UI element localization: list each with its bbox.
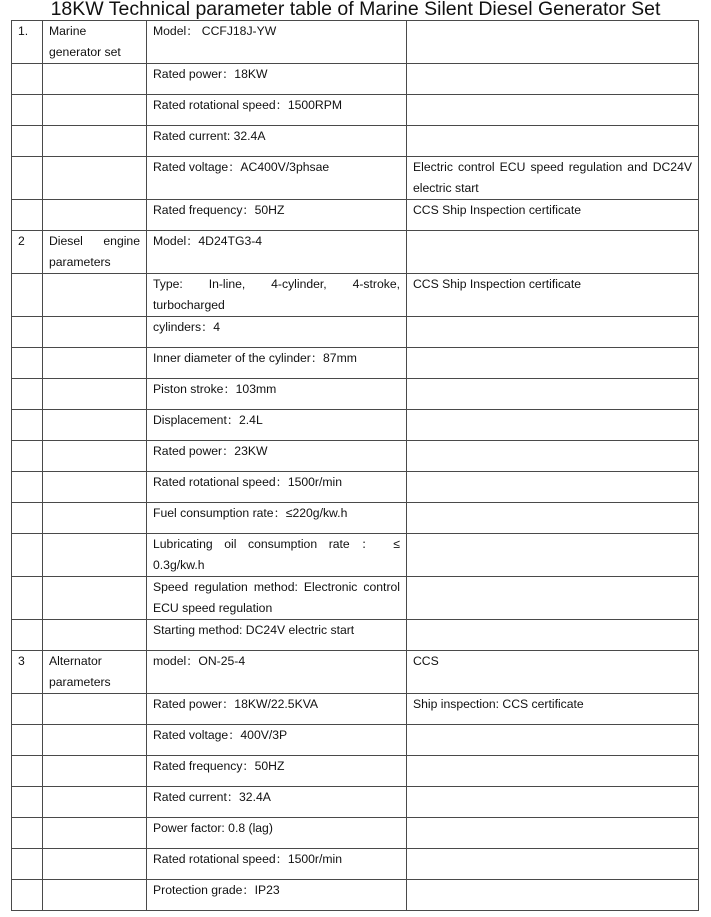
parameter-cell: Piston stroke：103mm <box>147 379 407 410</box>
table-row: Starting method: DC24V electric start <box>12 620 699 651</box>
remark-cell <box>407 787 699 818</box>
remark-cell <box>407 231 699 274</box>
table-row: Lubricating oil consumption rate ： ≤ 0.3… <box>12 534 699 577</box>
remark-cell <box>407 95 699 126</box>
table-row: Type: In-line, 4-cylinder, 4-stroke, tur… <box>12 274 699 317</box>
parameter-cell: Model：4D24TG3-4 <box>147 231 407 274</box>
parameter-cell: Speed regulation method: Electronic cont… <box>147 577 407 620</box>
parameter-cell: Rated power：23KW <box>147 441 407 472</box>
row-number-cell <box>12 503 43 534</box>
remark-cell <box>407 849 699 880</box>
section-name-cell <box>43 472 147 503</box>
table-row: 3Alternator parametersmodel：ON-25-4CCS <box>12 651 699 694</box>
remark-cell <box>407 577 699 620</box>
table-row: Rated rotational speed：1500r/min <box>12 849 699 880</box>
parameter-cell: Lubricating oil consumption rate ： ≤ 0.3… <box>147 534 407 577</box>
row-number-cell <box>12 410 43 441</box>
parameter-cell: Rated rotational speed：1500r/min <box>147 472 407 503</box>
section-name-cell <box>43 95 147 126</box>
table-row: Piston stroke：103mm <box>12 379 699 410</box>
section-name-cell <box>43 756 147 787</box>
section-name-cell <box>43 126 147 157</box>
parameter-cell: Rated voltage：400V/3P <box>147 725 407 756</box>
remark-cell <box>407 472 699 503</box>
remark-cell: Ship inspection: CCS certificate <box>407 694 699 725</box>
table-row: Rated power：18KW <box>12 64 699 95</box>
row-number-cell <box>12 64 43 95</box>
row-number-cell <box>12 274 43 317</box>
row-number-cell <box>12 818 43 849</box>
parameter-cell: Power factor: 0.8 (lag) <box>147 818 407 849</box>
section-name-cell <box>43 849 147 880</box>
table-row: Rated power：23KW <box>12 441 699 472</box>
remark-cell: Electric control ECU speed regulation an… <box>407 157 699 200</box>
section-name-cell <box>43 725 147 756</box>
section-name-cell: Alternator parameters <box>43 651 147 694</box>
section-name-cell <box>43 410 147 441</box>
section-name-cell <box>43 200 147 231</box>
section-name-cell <box>43 577 147 620</box>
remark-cell <box>407 620 699 651</box>
section-name-cell <box>43 818 147 849</box>
row-number-cell <box>12 620 43 651</box>
parameter-cell: Rated power：18KW/22.5KVA <box>147 694 407 725</box>
table-row: Fuel consumption rate：≤220g/kw.h <box>12 503 699 534</box>
remark-cell <box>407 818 699 849</box>
parameter-cell: cylinders：4 <box>147 317 407 348</box>
section-name-cell <box>43 64 147 95</box>
section-name-cell: Diesel engine parameters <box>43 231 147 274</box>
remark-cell <box>407 880 699 911</box>
remark-cell <box>407 756 699 787</box>
table-row: Displacement：2.4L <box>12 410 699 441</box>
row-number-cell <box>12 849 43 880</box>
section-name-cell <box>43 503 147 534</box>
section-name-cell <box>43 379 147 410</box>
table-row: 2Diesel engine parametersModel：4D24TG3-4 <box>12 231 699 274</box>
table-row: 1.Marine generator setModel： CCFJ18J-YW <box>12 21 699 64</box>
table-row: Inner diameter of the cylinder：87mm <box>12 348 699 379</box>
remark-cell <box>407 64 699 95</box>
parameter-cell: Rated voltage：AC400V/3phsae <box>147 157 407 200</box>
remark-cell <box>407 317 699 348</box>
remark-cell: CCS Ship Inspection certificate <box>407 200 699 231</box>
remark-cell: CCS Ship Inspection certificate <box>407 274 699 317</box>
parameter-cell: Rated rotational speed：1500RPM <box>147 95 407 126</box>
parameter-cell: Fuel consumption rate：≤220g/kw.h <box>147 503 407 534</box>
section-name-cell <box>43 348 147 379</box>
remark-cell <box>407 126 699 157</box>
section-name-cell <box>43 317 147 348</box>
section-name-cell <box>43 274 147 317</box>
technical-parameter-table: 1.Marine generator setModel： CCFJ18J-YWR… <box>11 20 699 911</box>
parameter-cell: Rated current: 32.4A <box>147 126 407 157</box>
table-row: Rated frequency：50HZ <box>12 756 699 787</box>
section-name-cell <box>43 787 147 818</box>
row-number-cell <box>12 379 43 410</box>
parameter-cell: Displacement：2.4L <box>147 410 407 441</box>
remark-cell: CCS <box>407 651 699 694</box>
row-number-cell <box>12 441 43 472</box>
remark-cell <box>407 379 699 410</box>
row-number-cell <box>12 157 43 200</box>
row-number-cell <box>12 787 43 818</box>
section-name-cell <box>43 620 147 651</box>
parameter-cell: Rated rotational speed：1500r/min <box>147 849 407 880</box>
row-number-cell <box>12 577 43 620</box>
table-row: Rated current: 32.4A <box>12 126 699 157</box>
parameter-cell: Starting method: DC24V electric start <box>147 620 407 651</box>
parameter-cell: Model： CCFJ18J-YW <box>147 21 407 64</box>
table-row: Rated frequency：50HZCCS Ship Inspection … <box>12 200 699 231</box>
remark-cell <box>407 534 699 577</box>
row-number-cell <box>12 725 43 756</box>
parameter-cell: Rated frequency：50HZ <box>147 200 407 231</box>
row-number-cell <box>12 880 43 911</box>
section-name-cell <box>43 157 147 200</box>
table-row: Power factor: 0.8 (lag) <box>12 818 699 849</box>
remark-cell <box>407 410 699 441</box>
section-name-cell: Marine generator set <box>43 21 147 64</box>
row-number-cell: 2 <box>12 231 43 274</box>
remark-cell <box>407 503 699 534</box>
section-name-cell <box>43 694 147 725</box>
table-row: Protection grade：IP23 <box>12 880 699 911</box>
parameter-cell: Type: In-line, 4-cylinder, 4-stroke, tur… <box>147 274 407 317</box>
table-row: Speed regulation method: Electronic cont… <box>12 577 699 620</box>
remark-cell <box>407 725 699 756</box>
table-row: Rated voltage：400V/3P <box>12 725 699 756</box>
table-row: Rated rotational speed：1500RPM <box>12 95 699 126</box>
row-number-cell <box>12 95 43 126</box>
table-row: Rated rotational speed：1500r/min <box>12 472 699 503</box>
table-row: Rated voltage：AC400V/3phsaeElectric cont… <box>12 157 699 200</box>
row-number-cell <box>12 756 43 787</box>
row-number-cell <box>12 694 43 725</box>
parameter-cell: Rated power：18KW <box>147 64 407 95</box>
row-number-cell <box>12 200 43 231</box>
table-body: 1.Marine generator setModel： CCFJ18J-YWR… <box>12 21 699 911</box>
row-number-cell <box>12 534 43 577</box>
remark-cell <box>407 21 699 64</box>
parameter-cell: Inner diameter of the cylinder：87mm <box>147 348 407 379</box>
section-name-cell <box>43 880 147 911</box>
remark-cell <box>407 348 699 379</box>
parameter-cell: model：ON-25-4 <box>147 651 407 694</box>
parameter-cell: Rated current：32.4A <box>147 787 407 818</box>
row-number-cell: 3 <box>12 651 43 694</box>
parameter-cell: Rated frequency：50HZ <box>147 756 407 787</box>
row-number-cell <box>12 317 43 348</box>
parameter-cell: Protection grade：IP23 <box>147 880 407 911</box>
row-number-cell <box>12 348 43 379</box>
table-row: Rated power：18KW/22.5KVAShip inspection:… <box>12 694 699 725</box>
section-name-cell <box>43 441 147 472</box>
document-title: 18KW Technical parameter table of Marine… <box>0 0 711 20</box>
table-row: cylinders：4 <box>12 317 699 348</box>
table-row: Rated current：32.4A <box>12 787 699 818</box>
row-number-cell: 1. <box>12 21 43 64</box>
section-name-cell <box>43 534 147 577</box>
row-number-cell <box>12 472 43 503</box>
row-number-cell <box>12 126 43 157</box>
remark-cell <box>407 441 699 472</box>
